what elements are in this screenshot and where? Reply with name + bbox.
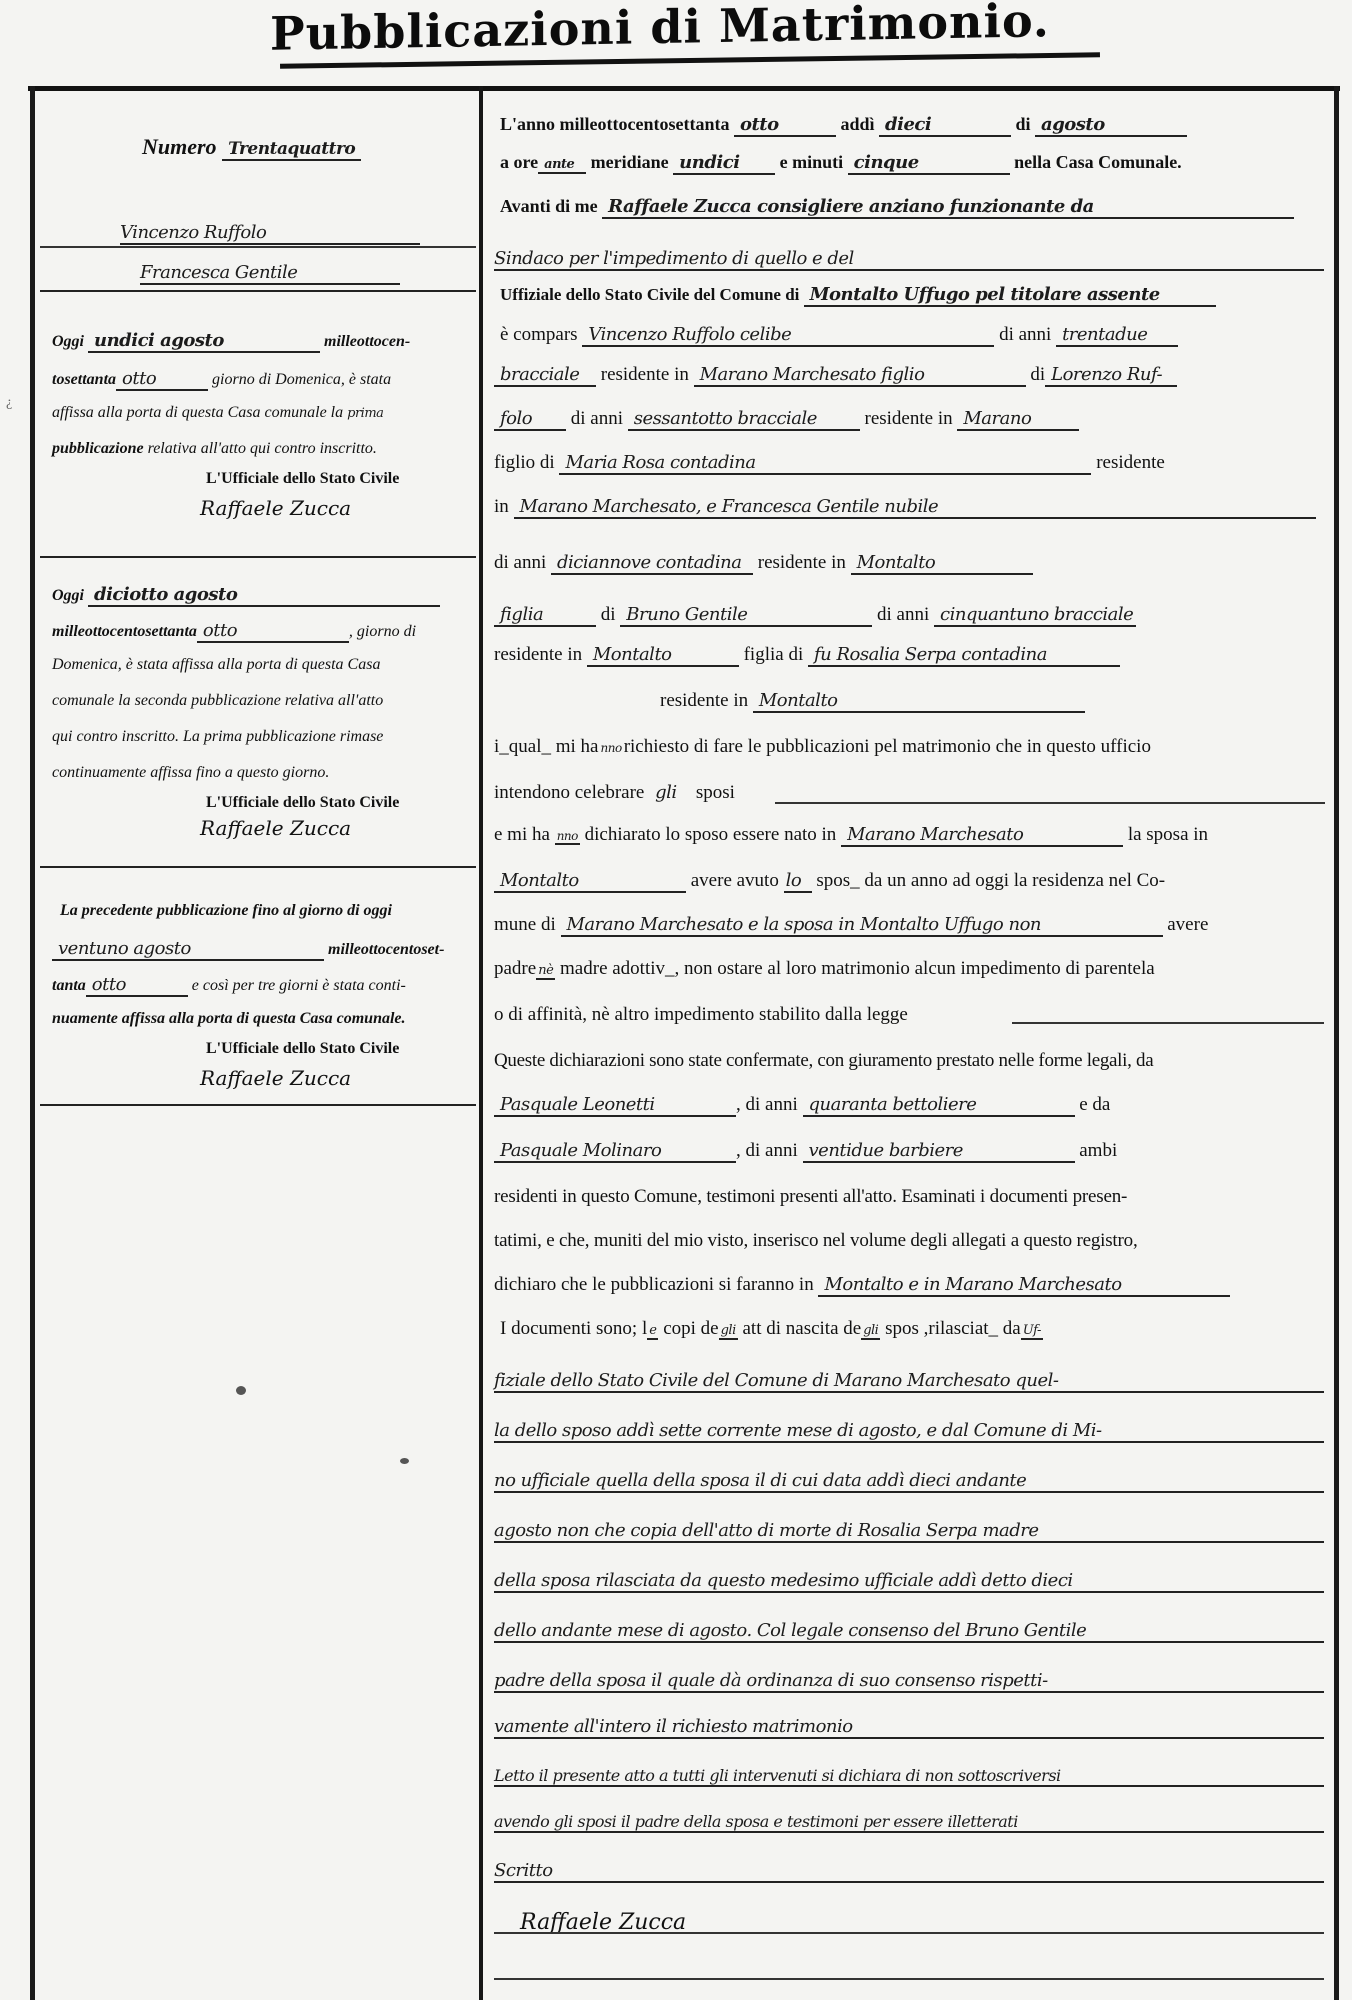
officer-field-cont: Sindaco per l'impedimento di quello e de…: [494, 248, 1324, 271]
blank-rule: [1012, 1022, 1324, 1024]
text-line: Domenica, è stata affissa alla porta di …: [52, 656, 380, 674]
text-line: tatimi, e che, muniti del mio visto, ins…: [494, 1230, 1138, 1251]
text-line: a ore: [500, 152, 538, 172]
groom-name: Vincenzo Ruffolo: [120, 222, 420, 245]
groom-father-residence-field: Marano: [957, 408, 1079, 431]
margin-mark: ¿: [6, 395, 12, 411]
text-line: da un anno ad oggi la residenza nel Co-: [864, 870, 1165, 891]
text-line: residenti in questo Comune, testimoni pr…: [494, 1186, 1127, 1207]
bride-residence-field: Montalto: [851, 552, 1033, 575]
text-line: avere avuto: [691, 870, 779, 891]
witness1-age-field: quaranta bettoliere: [803, 1094, 1075, 1117]
handwritten-line: vamente all'intero il richiesto matrimon…: [494, 1716, 1324, 1739]
signature-rule: [494, 1978, 1324, 1980]
docs-field: gli: [719, 1323, 738, 1340]
ink-spot: [400, 1458, 409, 1464]
handwritten-line: Letto il presente atto a tutti gli inter…: [494, 1766, 1324, 1787]
final-note-year: otto: [86, 974, 188, 997]
text-line: di nascita de: [766, 1318, 861, 1339]
text-line: di: [601, 604, 616, 625]
text-line: qual: [509, 736, 542, 757]
officer-signature: Raffaele Zucca: [200, 1066, 351, 1090]
text-line: meridiane: [591, 152, 669, 172]
officer-label: L'Ufficiale dello Stato Civile: [206, 794, 399, 812]
text-line: qui contro inscritto. La prima pubblicaz…: [52, 728, 383, 746]
text-line: ,rilasciat: [924, 1318, 989, 1339]
meridian-field: ante: [538, 157, 586, 174]
docs-field: Uf-: [1021, 1323, 1043, 1340]
requested-field: nno: [599, 741, 624, 755]
text-line: nella Casa Comunale.: [1014, 152, 1182, 172]
text-line: Uffiziale dello Stato Civile del Comune …: [500, 285, 799, 304]
text-line: dichiaro che le pubblicazioni si faranno…: [494, 1274, 814, 1295]
text-line: de: [701, 1318, 719, 1339]
year-field: otto: [734, 114, 836, 137]
handwritten-line: fiziale dello Stato Civile del Comune di…: [494, 1370, 1324, 1393]
text-line: , giorno di: [349, 623, 416, 640]
frame-left-border: [30, 86, 35, 2000]
text-line: continuamente affissa fino a questo gior…: [52, 764, 329, 782]
first-pub-which: prima: [347, 406, 383, 421]
bride-father-residence-field: Montalto: [587, 644, 739, 667]
text-line: e così per tre giorni è stata conti-: [192, 977, 406, 994]
handwritten-line: padre della sposa il quale dà ordinanza …: [494, 1670, 1324, 1693]
hour-field: undici: [673, 152, 775, 175]
officer-field: Raffaele Zucca consigliere anziano funzi…: [602, 196, 1294, 219]
bride-father-age-field: cinquantuno bracciale: [934, 604, 1136, 627]
text-line: richiesto di fare le pubblicazioni pel m…: [624, 736, 1151, 757]
groom-mother-field: Maria Rosa contadina: [559, 452, 1091, 475]
text-line: e minuti: [780, 152, 844, 172]
text-line: di: [1030, 364, 1045, 385]
officer-label: L'Ufficiale dello Stato Civile: [206, 1040, 399, 1058]
text-line: comunale la seconda pubblicazione relati…: [52, 692, 383, 710]
text-line: di anni: [571, 408, 623, 429]
officer-signature: Raffaele Zucca: [200, 496, 351, 520]
groom-birthplace-field: Marano Marchesato: [841, 824, 1123, 847]
text-line: residente in: [865, 408, 953, 429]
bride-relation-field: figlia: [494, 604, 596, 627]
text-line: intendono celebrare: [494, 782, 644, 803]
text-line: è compars: [500, 324, 578, 345]
text-line: residente in: [494, 644, 582, 665]
text-line: tosettanta: [52, 371, 116, 388]
text-line: la sposa in: [1128, 824, 1208, 845]
text-line: padre: [494, 958, 536, 979]
text-line: i: [494, 736, 499, 757]
text-line: spos: [885, 1318, 919, 1339]
month-field: agosto: [1035, 114, 1187, 137]
numero-row: Numero Trentaquattro: [142, 134, 361, 161]
text-line: e da: [1079, 1094, 1110, 1115]
groom-profession-field: bracciale: [494, 364, 596, 387]
bride-father-field: Bruno Gentile: [620, 604, 872, 627]
bride-field: Marano Marchesato, e Francesca Gentile n…: [514, 496, 1316, 519]
text-line: addì: [840, 114, 874, 134]
text-line: o di affinità, nè altro impedimento stab…: [494, 1004, 908, 1025]
text-line: copi: [663, 1318, 696, 1339]
text-line: mi ha: [556, 736, 599, 757]
residence-article-field: lo: [784, 870, 812, 893]
text-line: in: [494, 496, 509, 517]
docs-field: e: [647, 1323, 658, 1340]
handwritten-line: no ufficiale quella della sposa il di cu…: [494, 1470, 1324, 1493]
text-line: milleottocentosettanta: [52, 623, 197, 640]
minutes-field: cinque: [848, 152, 1010, 175]
column-divider: [479, 86, 483, 2000]
officer-signature: Raffaele Zucca: [200, 816, 351, 840]
oggi-label: Oggi: [52, 587, 84, 604]
bride-name: Francesca Gentile: [140, 262, 400, 285]
text-line: giorno di Domenica, è stata: [212, 371, 391, 388]
section-separator-1: [40, 290, 476, 292]
text-line: relativa all'atto qui contro inscritto.: [148, 440, 377, 457]
text-line: Queste dichiarazioni sono state conferma…: [494, 1050, 1153, 1071]
text-line: Avanti di me: [500, 196, 598, 216]
name-rule-1: [40, 246, 476, 248]
bride-mother-field: fu Rosalia Serpa contadina: [808, 644, 1120, 667]
blank-rule: [775, 802, 1325, 804]
text-line: milleottocentoset-: [328, 941, 444, 958]
text-line: di anni: [494, 552, 546, 573]
section-separator-3: [40, 866, 476, 868]
bride-birthplace-field: Montalto: [494, 870, 686, 893]
final-note-date: ventuno agosto: [52, 938, 324, 961]
handwritten-line: Scritto: [494, 1860, 1324, 1883]
witness2-age-field: ventidue barbiere: [803, 1140, 1075, 1163]
text-line: La precedente pubblicazione fino al gior…: [60, 902, 392, 920]
officer-label: L'Ufficiale dello Stato Civile: [206, 470, 399, 488]
text-line: e mi ha: [494, 824, 550, 845]
text-line: avere: [1167, 914, 1208, 935]
text-line: residente in: [601, 364, 689, 385]
second-pub-year: otto: [197, 620, 349, 643]
document-title: Pubblicazioni di Matrimonio.: [270, 0, 1050, 61]
frame-top-border: [28, 86, 1340, 91]
text-line: da: [1003, 1318, 1021, 1339]
ink-spot: [236, 1386, 246, 1395]
section-separator-4: [40, 1104, 476, 1106]
frame-right-border: [1334, 86, 1339, 2000]
text-line: affissa alla porta di questa Casa comuna…: [52, 404, 343, 421]
comune-field: Montalto Uffugo pel titolare assente: [804, 284, 1216, 307]
text-line: non ostare al loro matrimonio alcun impe…: [684, 958, 1155, 979]
witness1-name-field: Pasquale Leonetti: [494, 1094, 736, 1117]
numero-value: Trentaquattro: [222, 139, 361, 161]
text-line: di anni: [877, 604, 929, 625]
groom-father-age-field: sessantotto bracciale: [628, 408, 860, 431]
groom-father-field-cont: folo: [494, 408, 566, 431]
text-line: di anni: [999, 324, 1051, 345]
text-line: residente: [1096, 452, 1165, 473]
handwritten-line: agosto non che copia dell'atto di morte …: [494, 1520, 1324, 1543]
declared-field: nno: [555, 829, 580, 845]
oggi-label: Oggi: [52, 333, 84, 350]
handwritten-line: dello andante mese di agosto. Col legale…: [494, 1620, 1324, 1643]
docs-field: gli: [861, 1323, 880, 1340]
groom-age-field: trentadue: [1056, 324, 1178, 347]
numero-label: Numero: [142, 134, 217, 159]
bride-mother-residence-field: Montalto: [753, 690, 1085, 713]
handwritten-line: avendo gli sposi il padre della sposa e …: [494, 1812, 1324, 1833]
handwritten-line: della sposa rilasciata da questo medesim…: [494, 1570, 1324, 1593]
text-line: pubblicazione: [52, 440, 144, 457]
text-line: figlio di: [494, 452, 555, 473]
section-separator-2: [40, 556, 476, 558]
text-line: di: [1016, 114, 1031, 134]
text-line: att: [742, 1318, 761, 1339]
bride-age-field: diciannove contadina: [551, 552, 753, 575]
text-line: sposi: [696, 782, 735, 803]
residence-comune-field: Marano Marchesato e la sposa in Montalto…: [561, 914, 1163, 937]
day-field: dieci: [879, 114, 1011, 137]
spouses-article-field: gli: [649, 782, 691, 803]
text-line: dichiarato lo sposo essere nato in: [585, 824, 837, 845]
text-line: madre adottiv: [560, 958, 665, 979]
first-pub-year: otto: [116, 368, 208, 391]
text-line: residente in: [660, 690, 748, 711]
groom-field: Vincenzo Ruffolo celibe: [582, 324, 994, 347]
text-line: figlia di: [744, 644, 804, 665]
text-line: I documenti sono; l: [500, 1318, 647, 1339]
signature-rule: [494, 1932, 1324, 1934]
text-line: spos: [816, 870, 850, 891]
second-pub-date: diciotto agosto: [88, 584, 440, 607]
publication-places-field: Montalto e in Marano Marchesato: [818, 1274, 1230, 1297]
groom-residence-field: Marano Marchesato figlio: [694, 364, 1026, 387]
witness2-name-field: Pasquale Molinaro: [494, 1140, 736, 1163]
text-line: nuamente affissa alla porta di questa Ca…: [52, 1010, 406, 1028]
document-page: Pubblicazioni di Matrimonio. ¿ Numero Tr…: [0, 0, 1352, 2000]
text-line: mune di: [494, 914, 556, 935]
handwritten-line: la dello sposo addì sette corrente mese …: [494, 1420, 1324, 1443]
text-line: ambi: [1079, 1140, 1117, 1161]
first-pub-date: undici agosto: [88, 330, 320, 353]
text-line: , di anni: [736, 1140, 798, 1161]
groom-father-field: Lorenzo Ruf-: [1045, 364, 1177, 387]
adoptive-field: nè: [536, 963, 555, 980]
text-line: L'anno milleottocentosettanta: [500, 114, 729, 134]
text-line: milleottocen-: [324, 333, 410, 350]
text-line: , di anni: [736, 1094, 798, 1115]
text-line: residente in: [758, 552, 846, 573]
text-line: tanta: [52, 977, 86, 994]
